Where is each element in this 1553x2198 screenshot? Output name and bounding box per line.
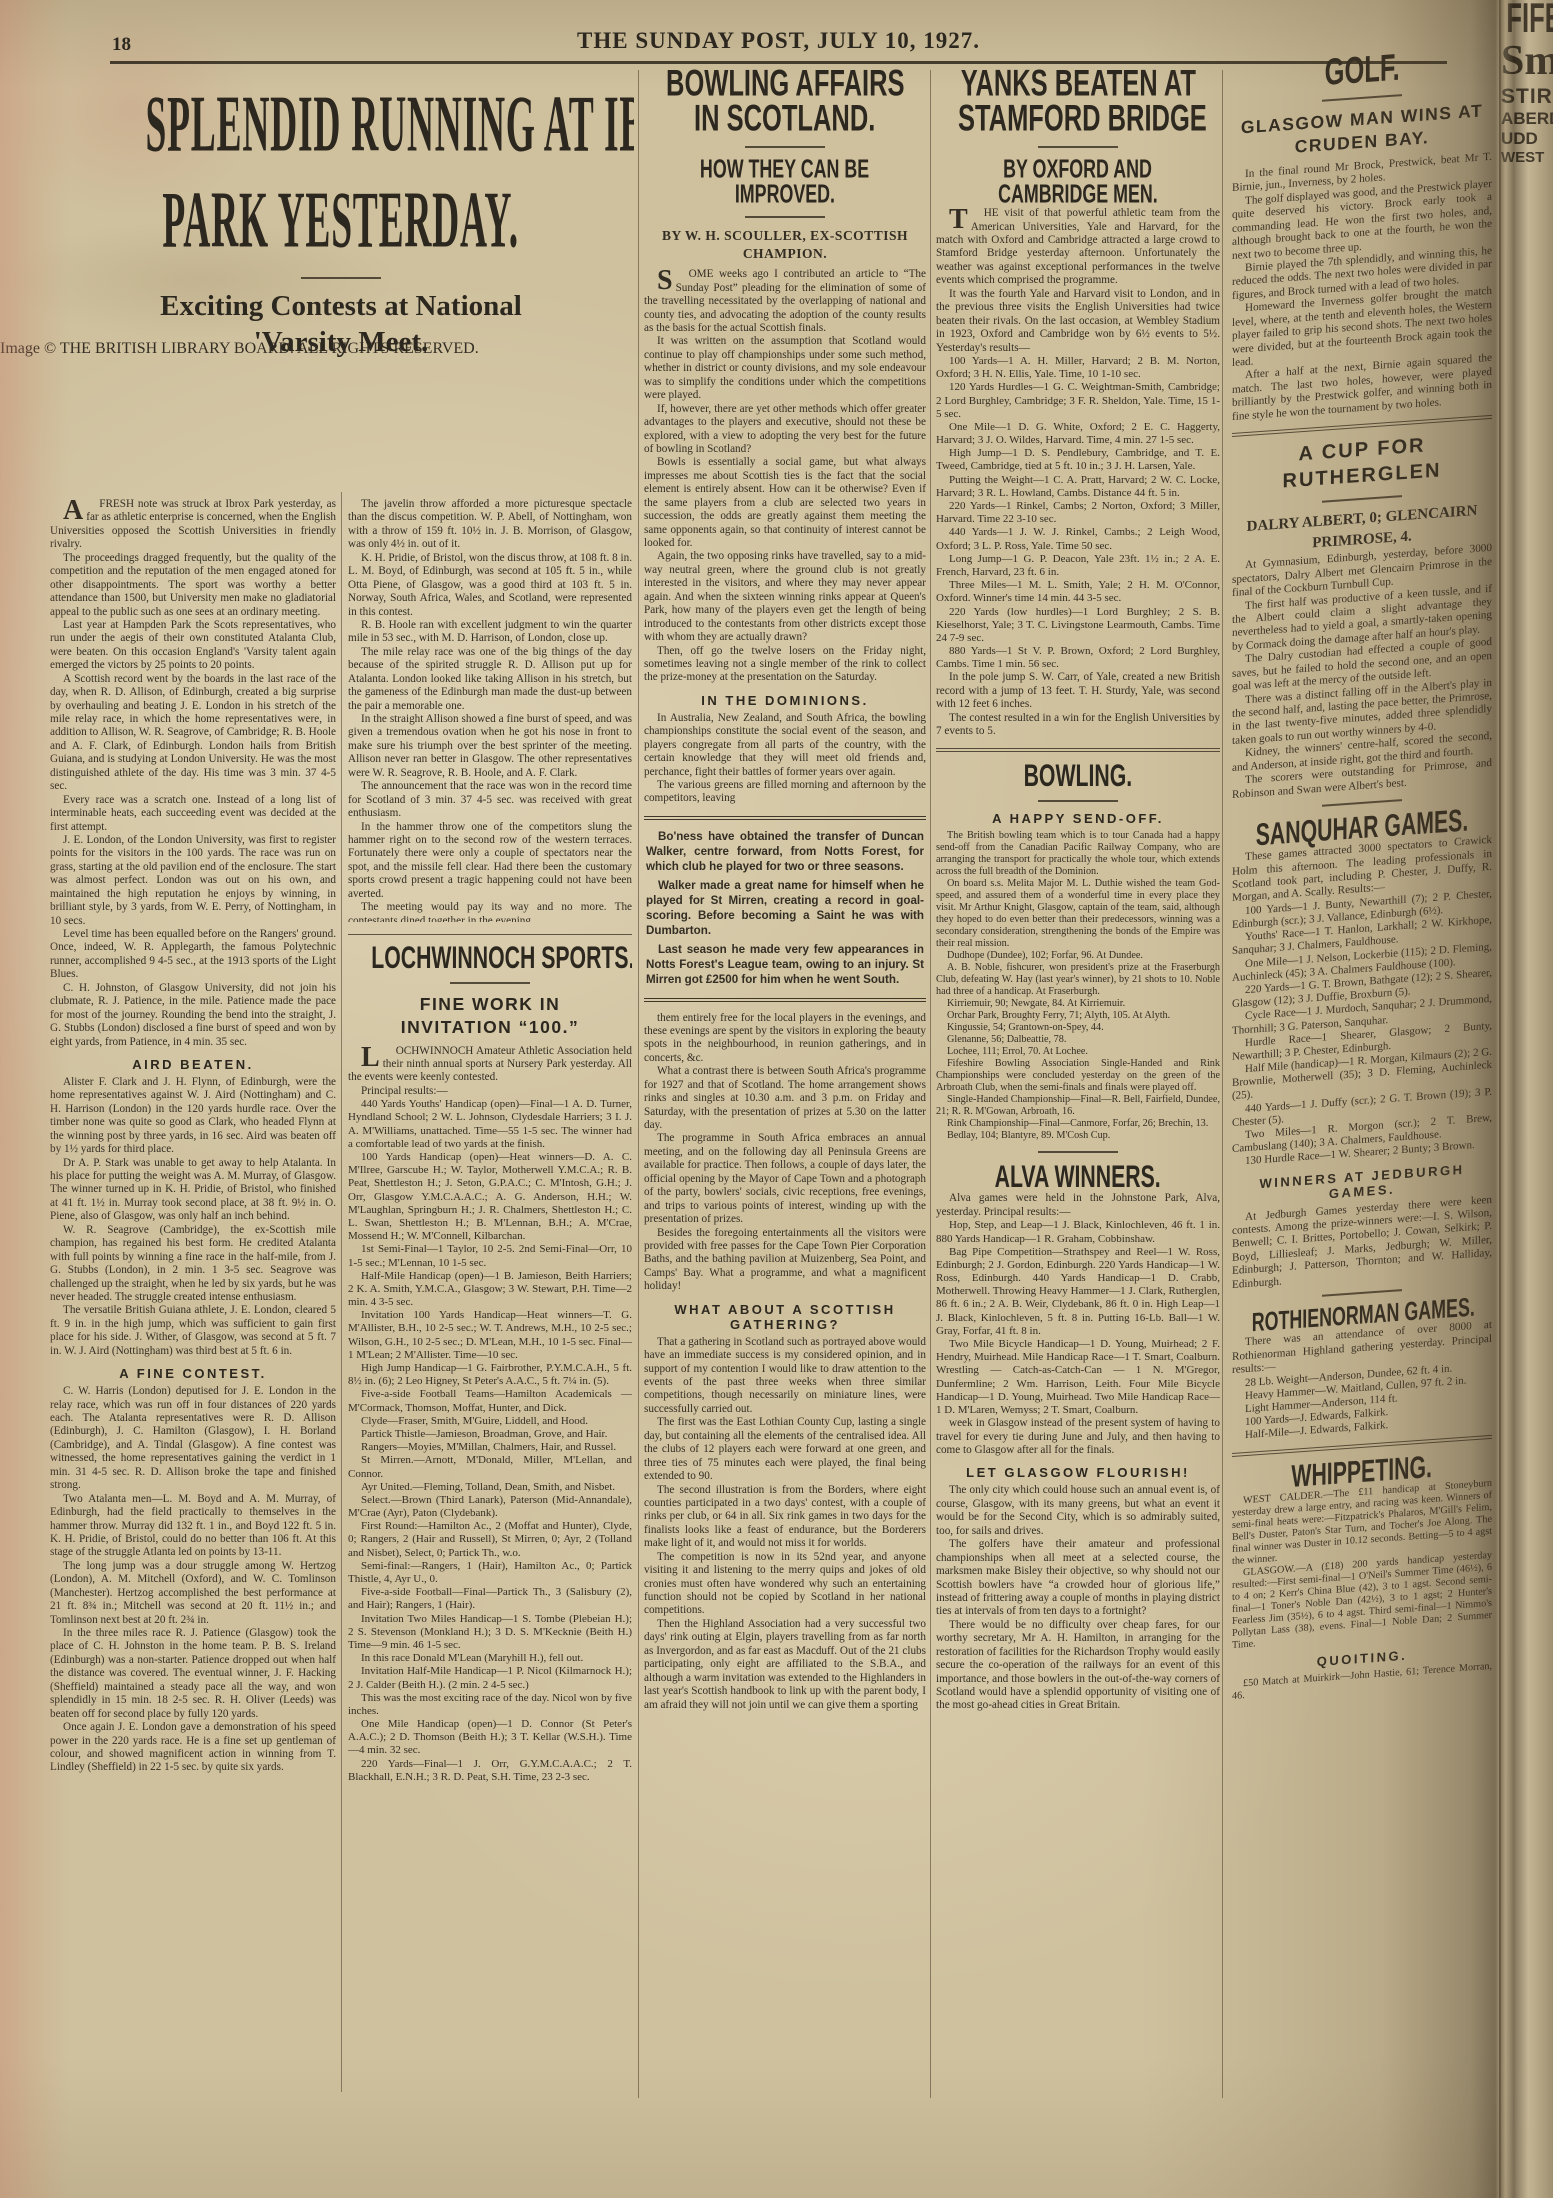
subhead-yanks: BY OXFORD AND CAMBRIDGE MEN.: [936, 157, 1220, 207]
article-ibrox-header: SPLENDID RUNNING AT IBROX PARK YESTERDAY…: [48, 76, 634, 494]
article-body: Alister F. Clark and J. H. Flynn, of Edi…: [50, 1076, 336, 1358]
article-body: them entirely free for the local players…: [644, 1012, 926, 1294]
article-body: That a gathering in Scotland such as por…: [644, 1336, 926, 1712]
next-page-headline-fragment: STIR: [1501, 85, 1553, 109]
headline-alva: ALVA WINNERS.: [936, 1162, 1220, 1192]
article-body: At Jedburgh Games yesterday there were k…: [1232, 1193, 1492, 1292]
subhead-ibrox-line1: Exciting Contests at National: [48, 288, 634, 324]
next-page-headline-fragment: UDD: [1501, 129, 1553, 149]
results-list: 440 Yards Youths' Handicap (open)—Final—…: [348, 1098, 632, 1784]
paragraph: Kirriemuir, 90; Newgate, 84. At Kirriemu…: [936, 998, 1220, 1010]
continuation-paragraph: week in Glasgow instead of the present s…: [936, 1417, 1220, 1457]
article-body: WEST CALDER.—The £11 handicap at Stoneyb…: [1232, 1477, 1492, 1652]
paragraph: K. H. Pridie, of Bristol, won the discus…: [348, 552, 632, 619]
paragraph: Every race was a scratch one. Instead of…: [50, 794, 336, 834]
paragraph: One Mile—1 D. G. White, Oxford; 2 E. C. …: [936, 421, 1220, 447]
paragraph: Then, off go the twelve losers on the Fr…: [644, 645, 926, 685]
transfer-news-box: Bo'ness have obtained the transfer of Du…: [644, 816, 926, 1002]
column-divider: [341, 492, 342, 2092]
paragraph: LOCHWINNOCH Amateur Athletic Association…: [348, 1045, 632, 1085]
paragraph: Principal results:—: [348, 1085, 632, 1098]
subhead-aird-beaten: AIRD BEATEN.: [50, 1057, 336, 1072]
headline-rule: [745, 216, 825, 218]
paragraph: The meeting would pay its way and no mor…: [348, 901, 632, 922]
section-rule: [1038, 1151, 1118, 1153]
headline-rule: [1038, 146, 1118, 148]
article-body: At Gymnasium, Edinburgh, yesterday, befo…: [1232, 542, 1492, 802]
paragraph: Clyde—Fraser, Smith, M'Guire, Liddell, a…: [348, 1415, 632, 1428]
paragraph: Single-Handed Championship—Final—R. Bell…: [936, 1094, 1220, 1118]
article-lochwinnoch: LOCHWINNOCH SPORTS. FINE WORK ININVITATI…: [348, 926, 632, 2096]
column-divider: [930, 70, 931, 2098]
subhead-lochwinnoch: FINE WORK ININVITATION “100.”: [348, 993, 632, 1039]
article-body: SOME weeks ago I contributed an article …: [644, 268, 926, 685]
paragraph: Bowls is essentially a social game, but …: [644, 456, 926, 550]
next-page-headline-fragment: ABERD: [1501, 109, 1553, 129]
paragraph: In the hammer throw one of the competito…: [348, 821, 632, 902]
paragraph: Besides the foregoing entertainments all…: [644, 1227, 926, 1294]
paragraph: Alva games were held in the Johnstone Pa…: [936, 1192, 1220, 1219]
headline-bowling-affairs: BOWLING AFFAIRS IN SCOTLAND.: [644, 66, 926, 137]
headline-rutherglen: A CUP FOR RUTHERGLEN: [1232, 428, 1492, 498]
paragraph: In the straight Allison showed a fine bu…: [348, 713, 632, 780]
paragraph: The first was the East Lothian County Cu…: [644, 1416, 926, 1483]
paragraph: In the three miles race R. J. Patience (…: [50, 1627, 336, 1721]
paragraph: One Mile Handicap (open)—1 D. Connor (St…: [348, 1718, 632, 1758]
paragraph: them entirely free for the local players…: [644, 1012, 926, 1066]
subhead-in-the-dominions: IN THE DOMINIONS.: [644, 693, 926, 708]
article-ibrox-column-1: A FRESH note was struck at Ibrox Park ye…: [50, 498, 336, 1888]
section-rule: [348, 934, 632, 935]
paragraph: 440 Yards Youths' Handicap (open)—Final—…: [348, 1098, 632, 1151]
paragraph: In Australia, New Zealand, and South Afr…: [644, 712, 926, 779]
paragraph: Level time has been equalled before on t…: [50, 928, 336, 982]
paragraph: Bag Pipe Competition—Strathspey and Reel…: [936, 1246, 1220, 1338]
paragraph: Two Atalanta men—L. M. Boyd and A. M. Mu…: [50, 1493, 336, 1560]
article-body: In the final round Mr Brock, Prestwick, …: [1232, 151, 1492, 424]
paragraph: Lochee, 111; Errol, 70. At Lochee.: [936, 1046, 1220, 1058]
section-rule: [1322, 799, 1402, 807]
subhead-ibrox-line2: 'Varsity Meet.: [48, 324, 634, 360]
drop-cap: S: [644, 268, 676, 292]
headline-lochwinnoch: LOCHWINNOCH SPORTS.: [348, 943, 632, 973]
paragraph: The javelin throw afforded a more pictur…: [348, 498, 632, 552]
paragraph: Rink Championship—Final—Canmore, Forfar,…: [936, 1118, 1220, 1130]
headline-rule: [450, 982, 530, 984]
paragraph: Bedlay, 104; Blantyre, 89. M'Cosh Cup.: [936, 1130, 1220, 1142]
subhead-bowling-affairs: HOW THEY CAN BE IMPROVED.: [644, 157, 926, 207]
paragraph: Invitation Half-Mile Handicap—1 P. Nicol…: [348, 1665, 632, 1691]
subhead-fine-contest: A FINE CONTEST.: [50, 1366, 336, 1381]
paragraph: Three Miles—1 M. L. Smith, Yale; 2 H. M.…: [936, 579, 1220, 605]
paragraph: The competition is now in its 52nd year,…: [644, 1551, 926, 1618]
paragraph: C. H. Johnston, of Glasgow University, d…: [50, 982, 336, 1049]
headline-rule: [1322, 95, 1402, 103]
headline-ibrox-line1: SPLENDID RUNNING AT IBROX: [48, 76, 634, 172]
section-rule: [1322, 1289, 1402, 1297]
paragraph: The long jump was a dour struggle among …: [50, 1560, 336, 1627]
paragraph: A FRESH note was struck at Ibrox Park ye…: [50, 498, 336, 552]
results-list: 100 Yards—1 J. Bunty, Newarthill (7); 2 …: [1232, 888, 1492, 1170]
paragraph: The various greens are filled morning an…: [644, 779, 926, 806]
paragraph: The contest resulted in a win for the En…: [936, 712, 1220, 739]
paragraph: W. R. Seagrove (Cambridge), the ex-Scott…: [50, 1224, 336, 1305]
paragraph: 220 Yards—Final—1 J. Orr, G.Y.M.C.A.A.C.…: [348, 1758, 632, 1784]
article-body: The javelin throw afforded a more pictur…: [348, 498, 632, 922]
paragraph: Last year at Hampden Park the Scots repr…: [50, 619, 336, 673]
headline-yanks: YANKS BEATEN AT STAMFORD BRIDGE: [936, 66, 1220, 137]
results-list: Hop, Step, and Leap—1 J. Black, Kinlochl…: [936, 1219, 1220, 1417]
article-bowling-affairs: BOWLING AFFAIRS IN SCOTLAND. HOW THEY CA…: [644, 66, 926, 2098]
next-page-headline-fragment: WEST: [1501, 149, 1553, 166]
next-page-edge: FIFE Sm STIR ABERD UDD WEST: [1499, 0, 1553, 2198]
paragraph: What a contrast there is between South A…: [644, 1065, 926, 1132]
article-golf-column: GOLF. GLASGOW MAN WINS ATCRUDEN BAY. In …: [1232, 44, 1492, 2162]
paragraph: The mile relay race was one of the big t…: [348, 646, 632, 713]
article-body: A FRESH note was struck at Ibrox Park ye…: [50, 498, 336, 1049]
column-divider: [638, 70, 639, 2098]
paragraph: Orchar Park, Broughty Ferry, 71; Alyth, …: [936, 1010, 1220, 1022]
paragraph: It was the fourth Yale and Harvard visit…: [936, 288, 1220, 355]
paragraph: Putting the Weight—1 C. A. Pratt, Harvar…: [936, 474, 1220, 500]
paragraph: Half-Mile Handicap (open)—1 B. Jamieson,…: [348, 1270, 632, 1310]
paragraph: Again, the two opposing rinks have trave…: [644, 550, 926, 644]
paragraph: At Jedburgh Games yesterday there were k…: [1232, 1193, 1492, 1292]
subhead-let-glasgow-flourish: LET GLASGOW FLOURISH!: [936, 1465, 1220, 1480]
paragraph: First Round:—Hamilton Ac., 2 (Moffat and…: [348, 1520, 632, 1560]
paragraph: This was the most exciting race of the d…: [348, 1692, 632, 1718]
paragraph: Alister F. Clark and J. H. Flynn, of Edi…: [50, 1076, 336, 1157]
subhead-scottish-gathering: WHAT ABOUT A SCOTTISH GATHERING?: [644, 1302, 926, 1332]
paragraph: 220 Yards—1 Rinkel, Cambs; 2 Norton, Oxf…: [936, 500, 1220, 526]
paragraph: Two Mile Bicycle Handicap—1 D. Young, Mu…: [936, 1338, 1220, 1417]
paragraph: Semi-final:—Rangers, 1 (Hair), Hamilton …: [348, 1560, 632, 1586]
article-body: THE visit of that powerful athletic team…: [936, 207, 1220, 355]
article-body: C. W. Harris (London) deputised for J. E…: [50, 1385, 336, 1775]
subhead-happy-send-off: A HAPPY SEND-OFF.: [936, 811, 1220, 826]
paragraph: The second illustration is from the Bord…: [644, 1484, 926, 1551]
article-body: In the pole jump S. W. Carr, of Yale, cr…: [936, 671, 1220, 738]
paragraph: Long Jump—1 G. P. Deacon, Yale 23ft. 1½ …: [936, 553, 1220, 579]
paragraph: Select.—Brown (Third Lanark), Paterson (…: [348, 1494, 632, 1520]
paragraph: Rangers—Moyies, M'Millan, Chalmers, Hair…: [348, 1441, 632, 1454]
results-list: Dudhope (Dundee), 102; Forfar, 96. At Du…: [936, 950, 1220, 1143]
headline-rule: [1322, 495, 1402, 503]
headline-rule: [745, 146, 825, 148]
paragraph: The announcement that the race was won i…: [348, 780, 632, 820]
paragraph: High Jump Handicap—1 G. Fairbrother, P.Y…: [348, 1362, 632, 1388]
drop-cap: T: [936, 207, 971, 231]
paragraph: 1st Semi-Final—1 Taylor, 10 2-5. 2nd Sem…: [348, 1243, 632, 1269]
paragraph: Bo'ness have obtained the transfer of Du…: [646, 829, 924, 874]
paragraph: If, however, there are yet other methods…: [644, 403, 926, 457]
paragraph: Glenanne, 56; Dalbeattie, 78.: [936, 1034, 1220, 1046]
paragraph: In the pole jump S. W. Carr, of Yale, cr…: [936, 671, 1220, 711]
drop-cap: L: [348, 1045, 383, 1069]
article-body: In Australia, New Zealand, and South Afr…: [644, 712, 926, 806]
article-body: LOCHWINNOCH Amateur Athletic Association…: [348, 1045, 632, 1099]
paragraph: J. E. London, of the London University, …: [50, 834, 336, 928]
box-body: Bo'ness have obtained the transfer of Du…: [646, 829, 924, 988]
paragraph: Invitation 100 Yards Handicap—Heat winne…: [348, 1309, 632, 1362]
paragraph: 220 Yards (low hurdles)—1 Lord Burghley;…: [936, 606, 1220, 646]
paragraph: 880 Yards—1 St V. P. Brown, Oxford; 2 Lo…: [936, 645, 1220, 671]
paragraph: 120 Yards Hurdles—1 G. C. Weightman-Smit…: [936, 381, 1220, 421]
headline-ibrox-line2: PARK YESTERDAY.: [48, 172, 634, 268]
paragraph: A Scottish record went by the boards in …: [50, 673, 336, 794]
paragraph: Ayr United.—Fleming, Tolland, Dean, Smit…: [348, 1481, 632, 1494]
paragraph: Hop, Step, and Leap—1 J. Black, Kinlochl…: [936, 1219, 1220, 1245]
paragraph: C. W. Harris (London) deputised for J. E…: [50, 1385, 336, 1493]
paragraph: A. B. Noble, fishcurer, won president's …: [936, 962, 1220, 998]
paragraph: Then the Highland Association had a very…: [644, 1618, 926, 1712]
paragraph: 100 Yards Handicap (open)—Heat winners—D…: [348, 1151, 632, 1243]
paragraph: SOME weeks ago I contributed an article …: [644, 268, 926, 335]
paragraph: The programme in South Africa embraces a…: [644, 1132, 926, 1226]
paragraph: High Jump—1 D. S. Pendlebury, Cambridge,…: [936, 447, 1220, 473]
paragraph: Walker made a great name for himself whe…: [646, 878, 924, 938]
paragraph: Dr A. P. Stark was unable to get away to…: [50, 1157, 336, 1224]
paragraph: In this race Donald M'Lean (Maryhill H.)…: [348, 1652, 632, 1665]
byline-scouller: BY W. H. SCOULLER, EX-SCOTTISHCHAMPION.: [644, 227, 926, 262]
paragraph: Once again J. E. London gave a demonstra…: [50, 1721, 336, 1775]
article-body: The only city which could house such an …: [936, 1484, 1220, 1712]
paragraph: Five-a-side Football—Final—Partick Th., …: [348, 1586, 632, 1612]
paragraph: There would be no difficulty over cheap …: [936, 1619, 1220, 1713]
paragraph: R. B. Hoole ran with excellent judgment …: [348, 619, 632, 646]
paragraph: Invitation Two Miles Handicap—1 S. Tombe…: [348, 1613, 632, 1653]
paragraph: Fifeshire Bowling Association Single-Han…: [936, 1058, 1220, 1094]
paragraph: Five-a-side Football Teams—Hamilton Acad…: [348, 1388, 632, 1414]
paragraph: The British bowling team which is to tou…: [936, 830, 1220, 878]
section-rule: [936, 748, 1220, 752]
next-page-headline-fragment: FIFE: [1506, 0, 1549, 43]
paragraph: The only city which could house such an …: [936, 1484, 1220, 1538]
paragraph: Last season he made very few appearances…: [646, 942, 924, 987]
paragraph: 100 Yards—1 A. H. Miller, Harvard; 2 B. …: [936, 355, 1220, 381]
paragraph: That a gathering in Scotland such as por…: [644, 1336, 926, 1417]
article-body: Alva games were held in the Johnstone Pa…: [936, 1192, 1220, 1219]
paragraph: St Mirren.—Arnott, M'Donald, Miller, M'L…: [348, 1454, 632, 1480]
next-page-headline-fragment: Sm: [1501, 37, 1553, 85]
drop-cap: A: [50, 498, 86, 522]
column-divider: [1222, 70, 1223, 2098]
masthead: THE SUNDAY POST, JULY 10, 1927.: [110, 28, 1447, 54]
newspaper-page: 18 THE SUNDAY POST, JULY 10, 1927. SPLEN…: [0, 0, 1553, 2198]
article-body: The British bowling team which is to tou…: [936, 830, 1220, 950]
paragraph: It was written on the assumption that Sc…: [644, 335, 926, 402]
results-list: 100 Yards—1 A. H. Miller, Harvard; 2 B. …: [936, 355, 1220, 672]
paragraph: The versatile British Guiana athlete, J.…: [50, 1304, 336, 1358]
paragraph: GLASGOW.—A (£18) 200 yards handicap yest…: [1232, 1550, 1492, 1652]
paragraph: 440 Yards—1 J. W. J. Rinkel, Cambs.; 2 L…: [936, 526, 1220, 552]
paragraph: The proceedings dragged frequently, but …: [50, 552, 336, 619]
paragraph: On board s.s. Melita Major M. L. Duthie …: [936, 878, 1220, 950]
headline-bowling-news: BOWLING.: [936, 761, 1220, 791]
article-ibrox-column-2: The javelin throw afforded a more pictur…: [348, 498, 632, 922]
headline-rule: [301, 277, 381, 279]
headline-rule: [1038, 800, 1118, 802]
paragraph: The golfers have their amateur and profe…: [936, 1538, 1220, 1619]
paragraph: Partick Thistle—Jamieson, Broadman, Grov…: [348, 1428, 632, 1441]
article-yanks-column: YANKS BEATEN AT STAMFORD BRIDGE BY OXFOR…: [936, 66, 1220, 2098]
paragraph: THE visit of that powerful athletic team…: [936, 207, 1220, 288]
paragraph: Kingussie, 54; Grantown-on-Spey, 44.: [936, 1022, 1220, 1034]
paragraph: Dudhope (Dundee), 102; Forfar, 96. At Du…: [936, 950, 1220, 962]
